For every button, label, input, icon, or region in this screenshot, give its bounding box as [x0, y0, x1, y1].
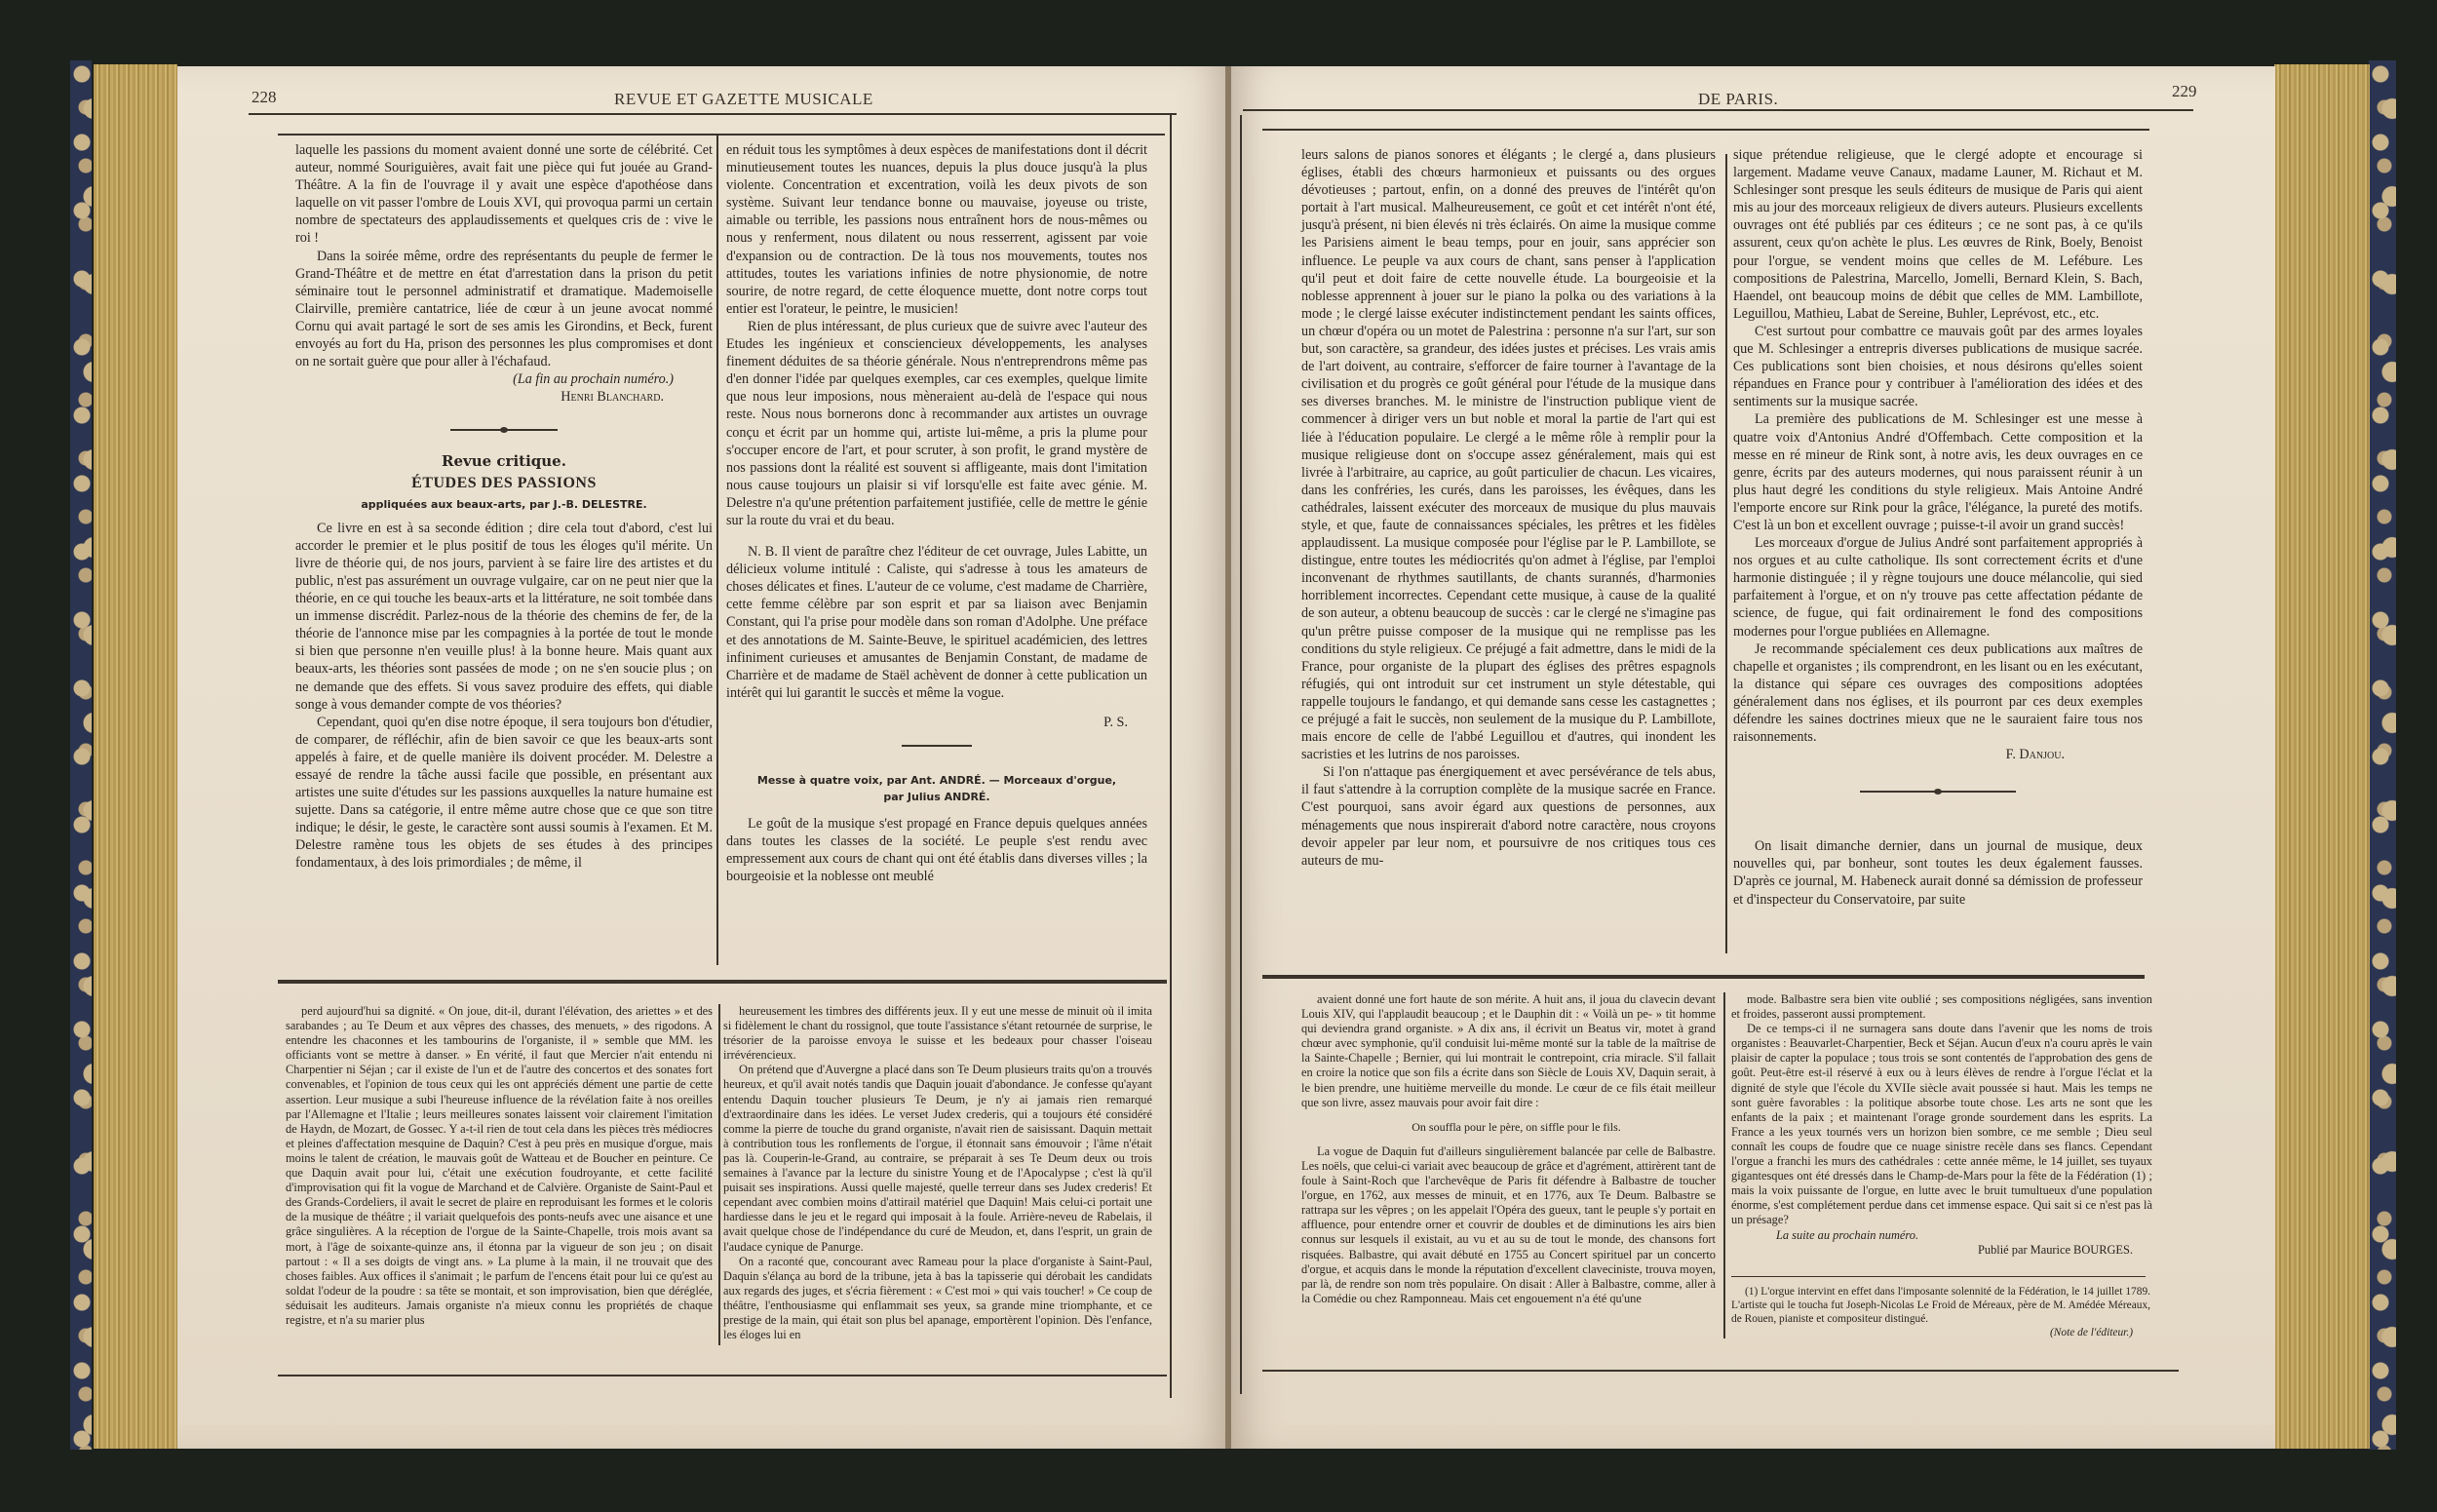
running-head-left: REVUE ET GAZETTE MUSICALE — [614, 90, 873, 109]
frame-bottom-left — [278, 1375, 1167, 1376]
paragraph: sique prétendue religieuse, que le clerg… — [1733, 146, 2143, 323]
right-page-upper-right-column: sique prétendue religieuse, que le clerg… — [1733, 146, 2143, 909]
paragraph: en réduit tous les symptômes à deux espè… — [726, 141, 1147, 318]
paragraph: On lisait dimanche dernier, dans un jour… — [1733, 837, 2143, 908]
paragraph: Si l'on n'attaque pas énergiquement et a… — [1301, 763, 1716, 870]
paragraph: On prétend que d'Auvergne a placé dans s… — [723, 1063, 1152, 1254]
article-subtitle: appliquées aux beaux-arts, par J.-B. DEL… — [295, 496, 713, 514]
frame-outer-left-right-page — [1240, 115, 1242, 1394]
paragraph: La vogue de Daquin fut d'ailleurs singul… — [1301, 1144, 1716, 1306]
frame-bottom-right — [1262, 1370, 2179, 1372]
paragraph: La première des publications de M. Schle… — [1733, 410, 2143, 534]
continuation-note: La suite au prochain numéro. — [1731, 1228, 2152, 1243]
author-signature: P. S. — [726, 714, 1147, 731]
paragraph-nota-bene: N. B. Il vient de paraître chez l'éditeu… — [726, 543, 1147, 702]
paragraph: De ce temps-ci il ne surnagera sans dout… — [1731, 1022, 2152, 1227]
paragraph: On a raconté que, concourant avec Rameau… — [723, 1255, 1152, 1343]
paragraph: Ce livre en est à sa seconde édition ; d… — [295, 520, 713, 714]
footnote: (1) L'orgue intervint en effet dans l'im… — [1731, 1285, 2150, 1339]
column-divider-right-lower — [1723, 992, 1725, 1338]
right-page-lower-right-column: mode. Balbastre sera bien vite oublié ; … — [1731, 992, 2152, 1258]
frame-outer-right-left-page — [1170, 115, 1172, 1398]
paragraph: heureusement les timbres des différents … — [723, 1004, 1152, 1063]
paragraph: Les morceaux d'orgue de Julius André son… — [1733, 534, 2143, 640]
left-page-upper-right-column: en réduit tous les symptômes à deux espè… — [726, 141, 1147, 885]
paragraph: laquelle les passions du moment avaient … — [295, 141, 713, 248]
section-title: Revue critique. — [295, 452, 713, 470]
short-rule-divider — [902, 745, 972, 747]
article-title: ÉTUDES DES PASSIONS — [295, 475, 713, 492]
paragraph: Dans la soirée même, ordre des représent… — [295, 248, 713, 371]
paragraph: leurs salons de pianos sonores et élégan… — [1301, 146, 1716, 763]
left-page-upper-left-column: laquelle les passions du moment avaient … — [295, 141, 713, 872]
column-divider-right-upper — [1725, 154, 1727, 953]
ornamental-divider — [450, 427, 558, 433]
paragraph: Cependant, quoi qu'en dise notre époque,… — [295, 714, 713, 872]
book-gutter — [1225, 66, 1231, 1449]
footnote-text: (1) L'orgue intervint en effet dans l'im… — [1731, 1285, 2150, 1326]
marbled-cover-right — [2369, 60, 2396, 1450]
continuation-note: (La fin au prochain numéro.) — [295, 370, 713, 388]
ornamental-divider — [1860, 789, 2016, 795]
paragraph: mode. Balbastre sera bien vite oublié ; … — [1731, 992, 2152, 1022]
column-divider-left-upper — [716, 134, 718, 965]
section-divider-right — [1262, 975, 2145, 979]
paragraph: avaient donné une fort haute de son méri… — [1301, 992, 1716, 1110]
frame-top-left — [278, 134, 1165, 136]
running-head-right: DE PARIS. — [1698, 90, 1778, 109]
right-page-lower-left-column: avaient donné une fort haute de son méri… — [1301, 992, 1716, 1306]
header-rule-left — [249, 113, 1177, 115]
marbled-cover-left — [70, 60, 92, 1450]
paragraph: perd aujourd'hui sa dignité. « On joue, … — [286, 1004, 713, 1328]
footnote-rule — [1731, 1276, 2146, 1277]
paragraph: Le goût de la musique s'est propagé en F… — [726, 815, 1147, 885]
section-divider-left — [278, 980, 1167, 984]
author-signature: F. Danjou. — [1733, 746, 2143, 763]
header-rule-right — [1243, 109, 2193, 111]
paragraph: Rien de plus intéressant, de plus curieu… — [726, 318, 1147, 529]
gilt-page-edges-right — [2274, 64, 2370, 1449]
gilt-page-edges-left — [94, 64, 177, 1449]
left-page-lower-left-column: perd aujourd'hui sa dignité. « On joue, … — [286, 1004, 713, 1328]
left-page-lower-right-column: heureusement les timbres des différents … — [723, 1004, 1152, 1342]
paragraph: C'est surtout pour combattre ce mauvais … — [1733, 323, 2143, 410]
author-signature: Publié par Maurice BOURGES. — [1731, 1243, 2152, 1258]
article-heading: Messe à quatre voix, par Ant. ANDRÉ. — M… — [726, 772, 1147, 805]
frame-top-right — [1262, 129, 2149, 131]
article-heading-line-1: Messe à quatre voix, par Ant. ANDRÉ. — M… — [757, 774, 1116, 787]
article-heading-line-2: par Julius ANDRÉ. — [883, 791, 989, 803]
paragraph: Je recommande spécialement ces deux publ… — [1733, 640, 2143, 747]
right-page-upper-left-column: leurs salons de pianos sonores et élégan… — [1301, 146, 1716, 870]
column-divider-left-lower — [718, 1004, 720, 1345]
page-number-left: 228 — [251, 88, 277, 107]
footnote-attribution: (Note de l'éditeur.) — [1731, 1326, 2150, 1339]
verse-quotation: On souffla pour le père, on siffle pour … — [1301, 1120, 1716, 1135]
author-signature: Henri Blanchard. — [295, 388, 713, 406]
page-number-right: 229 — [2172, 82, 2197, 101]
